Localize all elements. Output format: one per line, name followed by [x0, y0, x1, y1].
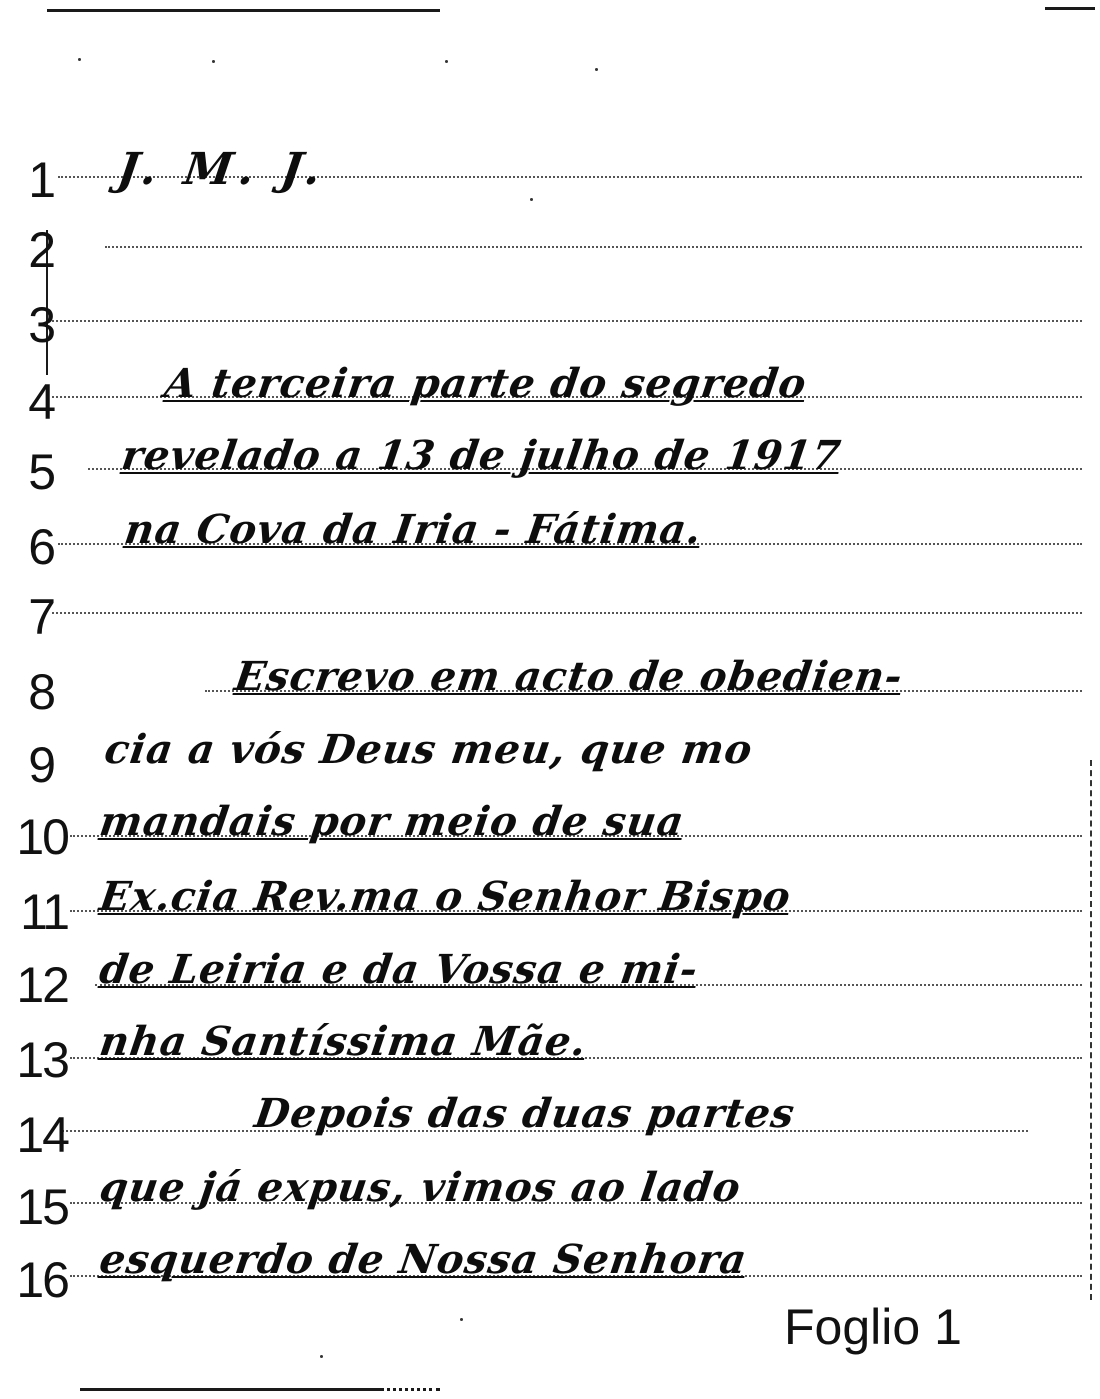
- manuscript-page: 1 2 3 4 5 6 7 8 9 10 11 12 13 14 15 16 J…: [0, 0, 1100, 1399]
- line-number: 6: [10, 522, 54, 572]
- scan-speck: [78, 58, 81, 61]
- line-number: 16: [6, 1255, 68, 1305]
- top-rule-dots: [390, 9, 440, 12]
- handwritten-line: de Leiria e da Vossa e mi-: [97, 948, 701, 992]
- right-frame-edge: [1090, 760, 1093, 1300]
- line-number: 9: [10, 740, 54, 790]
- handwritten-line: Depois das duas partes: [252, 1092, 798, 1136]
- handwritten-line: Escrevo em acto de obedien-: [232, 655, 906, 699]
- top-rule: [47, 9, 437, 12]
- line-number: 4: [10, 377, 54, 427]
- line-number: 8: [10, 667, 54, 717]
- handwritten-line: que já expus, vimos ao lado: [97, 1166, 744, 1210]
- handwritten-line: esquerdo de Nossa Senhora: [97, 1238, 750, 1282]
- handwritten-line: A terceira parte do segredo: [162, 362, 810, 406]
- line-number: 1: [10, 155, 54, 205]
- line-number: 2: [10, 225, 54, 275]
- scan-speck: [445, 60, 448, 63]
- handwritten-line: Ex.cia Rev.ma o Senhor Bispo: [97, 875, 794, 919]
- top-rule-right: [1045, 7, 1095, 10]
- scan-speck: [320, 1355, 323, 1358]
- line-number: 11: [6, 887, 68, 937]
- ruled-line-2: [105, 246, 1082, 248]
- ruled-line-7: [52, 612, 1082, 614]
- scan-speck: [595, 68, 598, 71]
- scan-speck: [212, 60, 215, 63]
- handwritten-line: J. M. J.: [115, 148, 329, 192]
- handwritten-line: revelado a 13 de julho de 1917: [119, 434, 844, 478]
- handwritten-line: na Cova da Iria - Fátima.: [122, 508, 705, 552]
- bottom-rule: [80, 1388, 380, 1391]
- page-label: Foglio 1: [784, 1300, 962, 1354]
- line-number: 10: [6, 812, 68, 862]
- handwritten-line: nha Santíssima Mãe.: [97, 1020, 590, 1064]
- scan-speck: [460, 1318, 463, 1321]
- handwritten-line: cia a vós Deus meu, que mo: [102, 728, 756, 772]
- ruled-line-3: [52, 320, 1082, 322]
- bottom-rule-dots: [380, 1388, 440, 1391]
- line-number: 5: [10, 447, 54, 497]
- line-number: 3: [10, 300, 54, 350]
- line-number: 7: [10, 592, 54, 642]
- scan-speck: [530, 198, 533, 201]
- handwritten-line: mandais por meio de sua: [97, 800, 687, 844]
- line-number: 15: [6, 1182, 68, 1232]
- line-number: 12: [6, 960, 68, 1010]
- line-number: 14: [6, 1110, 68, 1160]
- line-number: 13: [6, 1035, 68, 1085]
